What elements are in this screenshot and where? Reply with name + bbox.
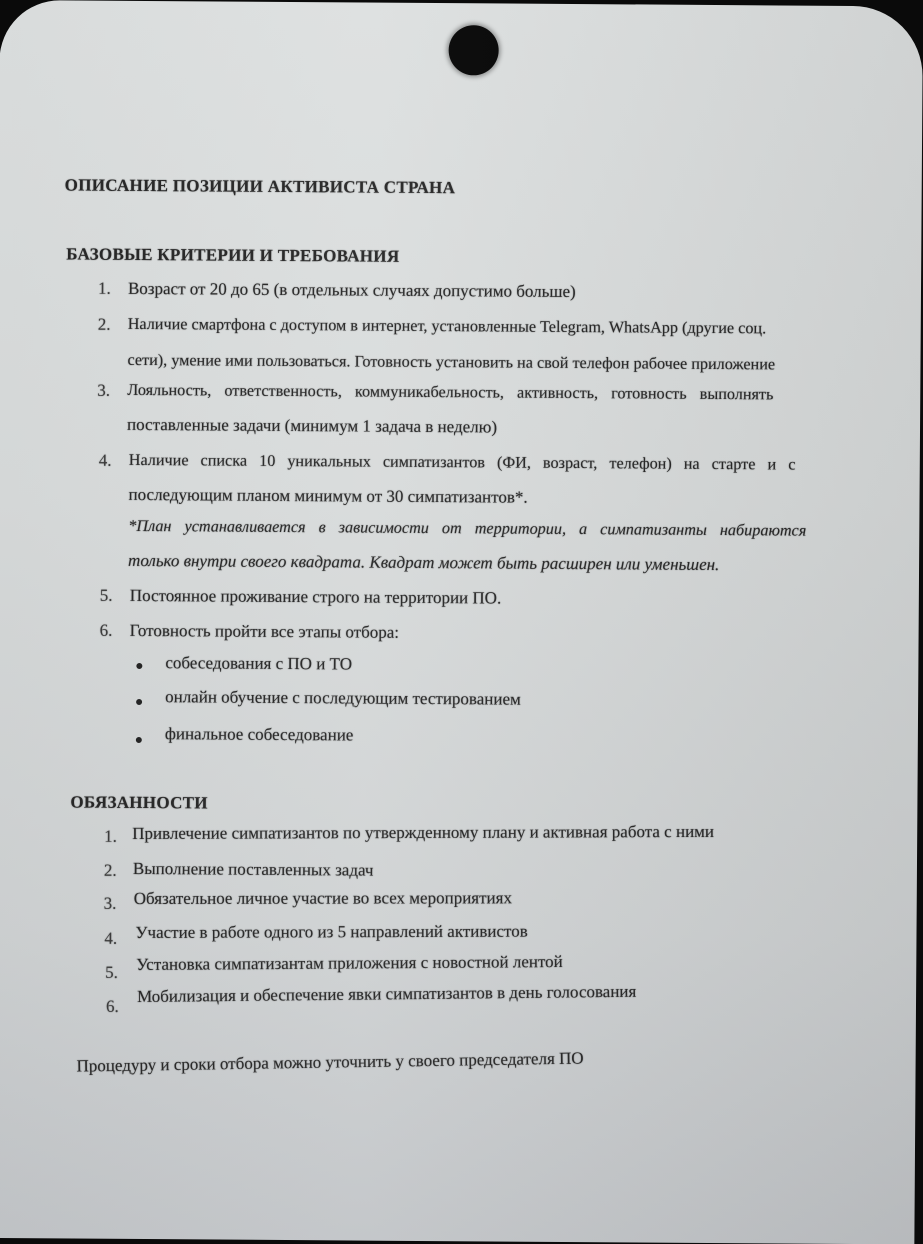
duty-text: Обязательное личное участие во всех меро… xyxy=(134,888,512,909)
requirement-footnote: только внутри своего квадрата. Квадрат м… xyxy=(128,551,719,575)
requirement-text: Возраст от 20 до 65 (в отдельных случаях… xyxy=(128,279,576,302)
requirement-number: 5. xyxy=(100,586,113,606)
requirement-text: последующим планом минимум от 30 симпати… xyxy=(128,485,527,508)
duty-text: Участие в работе одного из 5 направлений… xyxy=(135,922,527,943)
bullet-icon xyxy=(136,737,142,743)
requirement-text: Готовность пройти все этапы отбора: xyxy=(130,621,400,643)
requirement-text: поставленные задачи (минимум 1 задача в … xyxy=(127,415,497,438)
duties-heading: ОБЯЗАННОСТИ xyxy=(70,793,208,814)
requirement-number: 1. xyxy=(98,279,111,299)
requirement-number: 6. xyxy=(100,621,113,641)
phone-screen: ОПИСАНИЕ ПОЗИЦИИ АКТИВИСТА СТРАНА БАЗОВЫ… xyxy=(0,0,923,1238)
requirements-heading: БАЗОВЫЕ КРИТЕРИИ И ТРЕБОВАНИЯ xyxy=(66,244,399,266)
requirement-text: Лояльность, ответственность, коммуникабе… xyxy=(127,381,773,405)
duty-number: 6. xyxy=(106,997,119,1017)
duty-number: 2. xyxy=(104,861,117,881)
duty-number: 3. xyxy=(104,894,117,914)
selection-stage: финальное собеседование xyxy=(165,724,354,745)
footer-note: Процедуру и сроки отбора можно уточнить … xyxy=(76,1049,583,1077)
bullet-icon xyxy=(136,699,142,705)
duty-number: 1. xyxy=(104,827,117,847)
duty-number: 4. xyxy=(104,929,117,949)
requirement-text: Наличие смартфона с доступом в интернет,… xyxy=(128,315,767,338)
duty-text: Мобилизация и обеспечение явки симпатиза… xyxy=(137,982,636,1007)
duty-number: 5. xyxy=(105,963,118,983)
duty-text: Привлечение симпатизантов по утвержденно… xyxy=(132,822,714,844)
selection-stage: онлайн обучение с последующим тестирован… xyxy=(165,687,521,709)
document-page: ОПИСАНИЕ ПОЗИЦИИ АКТИВИСТА СТРАНА БАЗОВЫ… xyxy=(0,0,923,1238)
requirement-text: Постоянное проживание строго на территор… xyxy=(130,586,502,609)
duty-text: Выполнение поставленных задач xyxy=(133,859,374,881)
requirement-text: сети), умение ими пользоваться. Готовнос… xyxy=(127,351,775,375)
requirement-text: Наличие списка 10 уникальных симпатизант… xyxy=(129,451,796,475)
duty-text: Установка симпатизантам приложения с нов… xyxy=(136,952,563,975)
document-title: ОПИСАНИЕ ПОЗИЦИИ АКТИВИСТА СТРАНА xyxy=(65,175,456,198)
requirement-number: 4. xyxy=(99,451,112,471)
requirement-footnote: *План устанавливается в зависимости от т… xyxy=(128,517,806,541)
selection-stage: собеседования с ПО и ТО xyxy=(165,653,352,674)
requirement-number: 3. xyxy=(97,381,110,401)
bullet-icon xyxy=(136,663,142,669)
requirement-number: 2. xyxy=(98,315,111,335)
